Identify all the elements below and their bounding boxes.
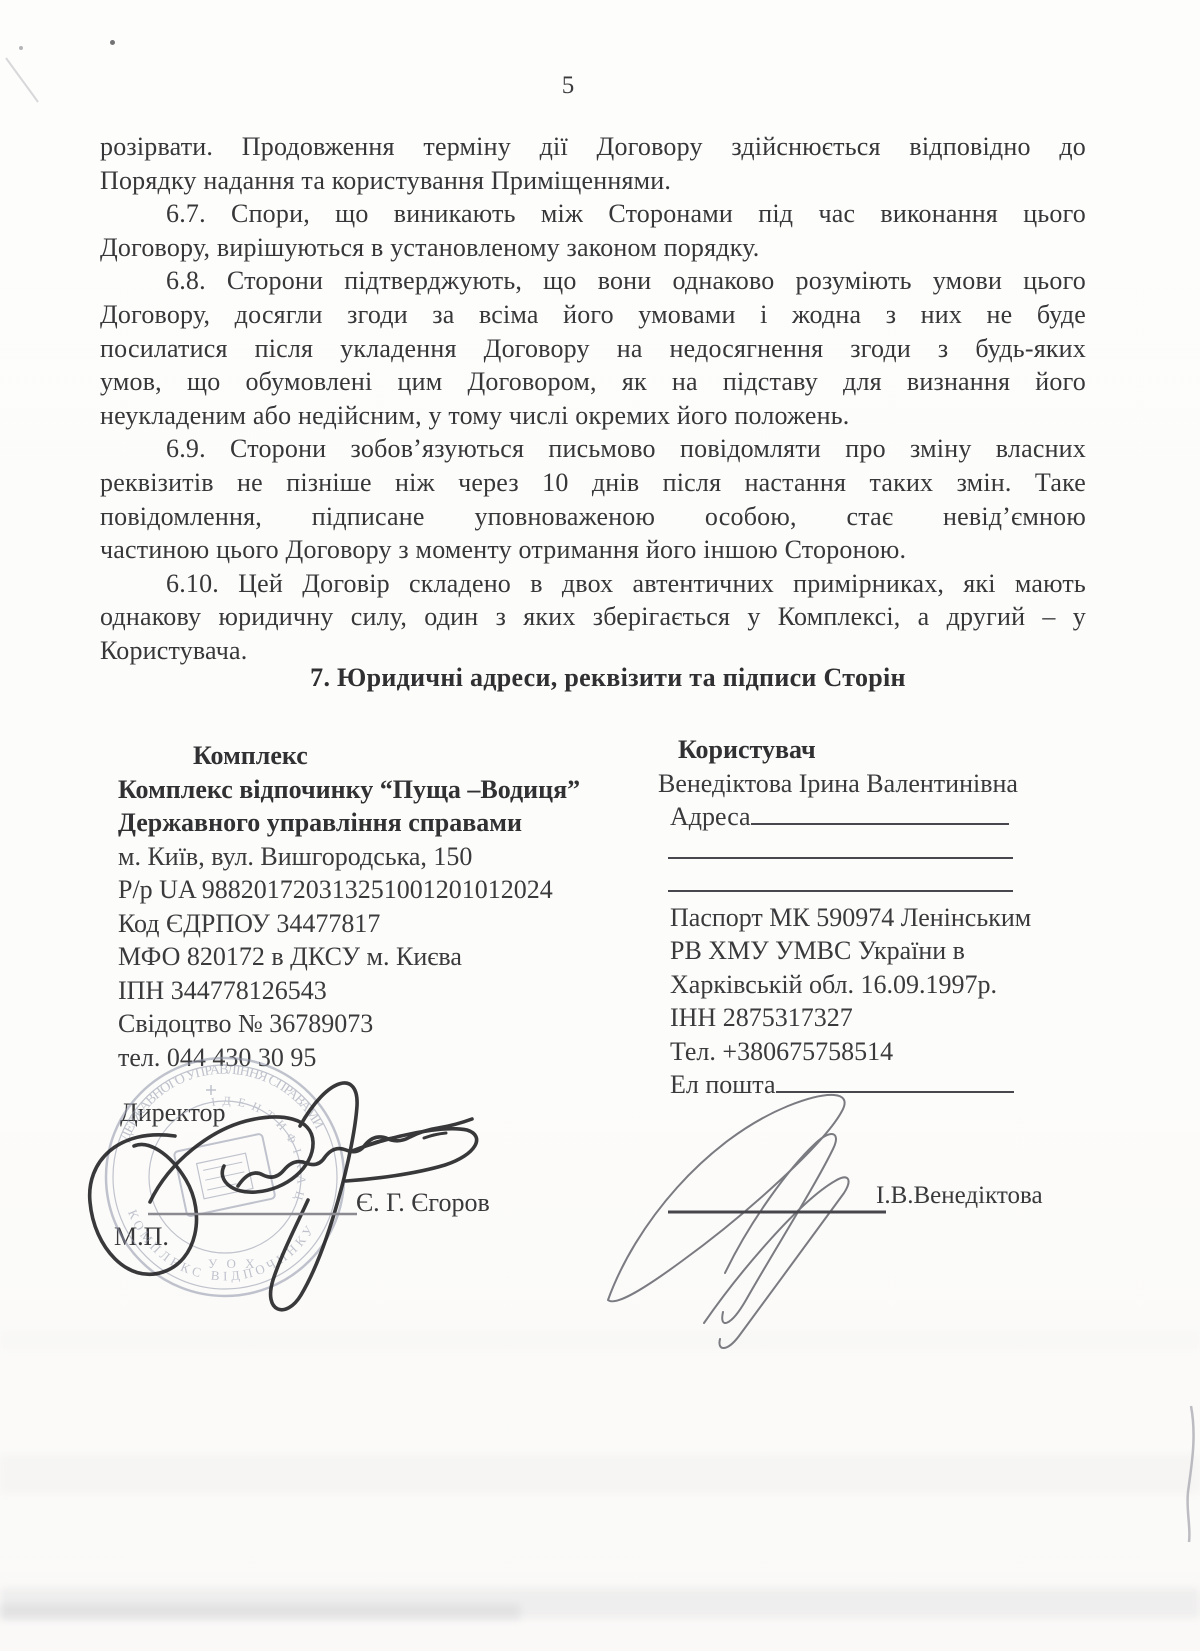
body-line: частиною цього Договору з моменту отрима… xyxy=(100,533,1086,567)
user-role-heading: Користувач xyxy=(658,733,1031,767)
scan-smudge xyxy=(0,1330,1200,1350)
complex-name-line1: Комплекс відпочинку “Пуща –Водиця” xyxy=(118,773,580,807)
scan-smudge xyxy=(0,1604,520,1620)
body-line: Договору, досягли згоди за всіма його ум… xyxy=(100,298,1086,332)
blank-fill-row xyxy=(658,834,1031,868)
page-number: 5 xyxy=(0,72,1136,100)
user-party-column: Користувач Венедіктова Ірина Валентинівн… xyxy=(658,733,1031,1102)
user-full-name: Венедіктова Ірина Валентинівна xyxy=(658,767,1031,801)
body-line-clause-6-8: 6.8. Сторони підтверджують, що вони одна… xyxy=(100,264,1086,298)
body-line: реквізитів не пізніше ніж через 10 днів … xyxy=(100,466,1086,500)
user-passport-line3: Харківській обл. 16.09.1997р. xyxy=(658,968,1031,1002)
body-line-clause-6-10: 6.10. Цей Договір складено в двох автент… xyxy=(100,567,1086,601)
scan-smudge xyxy=(0,1455,1200,1493)
seal-place-label: М.П. xyxy=(114,1222,169,1252)
user-inn: ІНН 2875317327 xyxy=(658,1001,1031,1035)
user-email-row: Ел пошта xyxy=(658,1068,1031,1102)
director-name: Є. Г. Єгоров xyxy=(356,1188,490,1218)
body-line-clause-6-9: 6.9. Сторони зобов’язуються письмово пов… xyxy=(100,432,1086,466)
complex-account: Р/р UA 988201720313251001201012024 xyxy=(118,873,580,907)
scan-artifact-streak xyxy=(1188,1406,1194,1542)
body-line: неукладеним або недійсним, у тому числі … xyxy=(100,399,1086,433)
complex-certificate: Свідоцтво № 36789073 xyxy=(118,1007,580,1041)
blank-fill-row xyxy=(658,867,1031,901)
user-phone: Тел. +380675758514 xyxy=(658,1035,1031,1069)
body-line: умов, що обумовлені цим Договором, як на… xyxy=(100,365,1086,399)
section-7-heading: 7. Юридичні адреси, реквізити та підписи… xyxy=(115,663,1101,693)
email-blank-line xyxy=(776,1069,1014,1093)
blank-line xyxy=(668,835,1013,859)
stamp-bottom-center-text: У О Х xyxy=(208,1256,257,1271)
complex-ipn: ІПН 344778126543 xyxy=(118,974,580,1008)
scan-speck xyxy=(19,46,23,50)
body-line: Договору, вирішуються в установленому за… xyxy=(100,231,1086,265)
body-line: розірвати. Продовження терміну дії Догов… xyxy=(100,130,1086,164)
complex-phone: тел. 044 430 30 95 xyxy=(118,1041,580,1075)
body-line: однакову юридичну силу, один з яких збер… xyxy=(100,600,1086,634)
stamp-center-emblem xyxy=(174,1133,276,1216)
complex-mfo: МФО 820172 в ДКСУ м. Києва xyxy=(118,940,580,974)
body-line: повідомлення, підписане уповноваженою ос… xyxy=(100,500,1086,534)
user-email-label: Ел пошта xyxy=(670,1070,776,1099)
complex-role-heading: Комплекс xyxy=(118,739,580,773)
complex-edrpou-code: Код ЄДРПОУ 34477817 xyxy=(118,907,580,941)
complex-address: м. Київ, вул. Вишгородська, 150 xyxy=(118,840,580,874)
user-address-label: Адреса xyxy=(670,802,751,831)
scan-speck xyxy=(110,40,115,45)
user-signer-name: І.В.Венедіктова xyxy=(876,1182,1043,1210)
complex-name-line2: Державного управління справами xyxy=(118,806,580,840)
complex-party-column: Комплекс Комплекс відпочинку “Пуща –Води… xyxy=(118,739,580,1074)
director-title: Директор xyxy=(120,1098,226,1128)
user-signature xyxy=(608,1095,849,1348)
scan-smudge xyxy=(0,1588,1200,1618)
user-passport-line2: РВ ХМУ УМВС України в xyxy=(658,934,1031,968)
body-line-clause-6-7: 6.7. Спори, що виникають між Сторонами п… xyxy=(100,197,1086,231)
contract-body: розірвати. Продовження терміну дії Догов… xyxy=(100,130,1086,668)
user-passport-line1: Паспорт МК 590974 Ленінським xyxy=(658,901,1031,935)
address-blank-line xyxy=(751,801,1009,825)
official-stamp-icon: ДЕРЖАВНОГО УПРАВЛІННЯ СПРАВАМИ ІДЕНТИФІК… xyxy=(106,1058,344,1296)
blank-line xyxy=(668,868,1013,892)
body-line: Порядку надання та користування Приміщен… xyxy=(100,164,1086,198)
scanned-contract-page: 5 розірвати. Продовження терміну дії Дог… xyxy=(0,0,1200,1651)
user-address-row: Адреса xyxy=(658,800,1031,834)
body-line: посилатися після укладення Договору на н… xyxy=(100,332,1086,366)
